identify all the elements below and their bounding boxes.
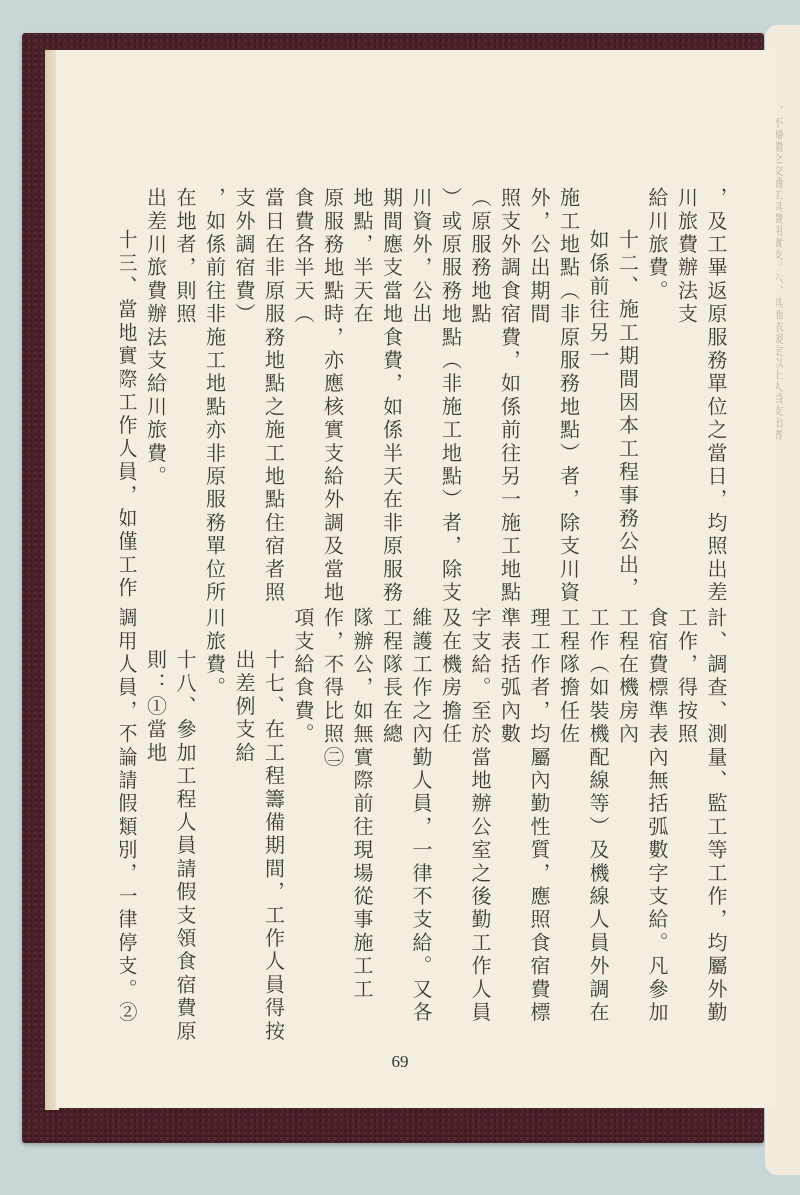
text-column: 隊辦公，如無實際前往現場從事施工工作，不得比照㊁	[317, 607, 376, 1047]
text-column: 川旅費。	[199, 607, 229, 1047]
upper-text-block: ，及工畢返原服務單位之當日，均照出差川旅費辦法支給川旅費。十二、施工期間因本工程…	[120, 187, 730, 607]
text-column: 維護工作之內勤人員，一律不支給。又各工程隊長在總	[376, 607, 435, 1047]
text-column: ，及工畢返原服務單位之當日，均照出差川旅費辦法支	[671, 187, 730, 607]
text-column: 項支給食費。	[288, 607, 318, 1047]
text-column: 照支外調食宿費，如係前往另一施工地點（原服務地點	[465, 187, 524, 607]
text-column: 調用人員，不論請假類別，一律停支。②外調人員因請	[120, 607, 140, 1047]
page-number: 69	[0, 1052, 800, 1072]
text-column: 施工地點（非原服務地點）者，除支川資外，公出期間	[524, 187, 583, 607]
text-column: 計、調查、測量、監工等工作，均屬外勤工作，得按照	[671, 607, 730, 1047]
text-column: 理工作者，均屬內勤性質，應照食宿費標準表括弧內數	[494, 607, 553, 1047]
text-column: 原服務地點時，亦應核實支給外調及當地食費各半天（	[288, 187, 347, 607]
text-column: 字支給。至於當地辦公室之後勤工作人員及在機房擔任	[435, 607, 494, 1047]
text-column: 十七、在工程籌備期間，工作人員得按出差例支給	[229, 607, 288, 1047]
text-column: 給川旅費。	[642, 187, 672, 607]
text-column: 出差川旅費辦法支給川旅費。	[140, 187, 170, 607]
lower-text-block: 計、調查、測量、監工等工作，均屬外勤工作，得按照食宿費標準表內無括弧數字支給。凡…	[120, 607, 730, 1047]
text-column: ，如係前往非施工地點亦非原服務單位所在地者，則照	[170, 187, 229, 607]
text-column: 期間應支當地食費，如係半天在非原服務地點，半天在	[347, 187, 406, 607]
text-column: 食宿費標準表內無括弧數字支給。凡參加工程在機房內	[612, 607, 671, 1047]
text-column: 十二、施工期間因本工程事務公出，如係前往另一	[583, 187, 642, 607]
text-column: 十八、參加工程人員請假支領食宿費原則：①當地	[140, 607, 199, 1047]
text-column: 工作（如裝機配線等）及機線人員外調在工程隊擔任佐	[553, 607, 612, 1047]
text-column: 當日在非原服務地點之施工地點住宿者照支外調宿費）	[229, 187, 288, 607]
text-column: ）或原服務地點（非施工地點）者，除支川資外，公出	[406, 187, 465, 607]
text-column: 十三、當地實際工作人員，如僅工作半天，則應支	[120, 187, 140, 607]
